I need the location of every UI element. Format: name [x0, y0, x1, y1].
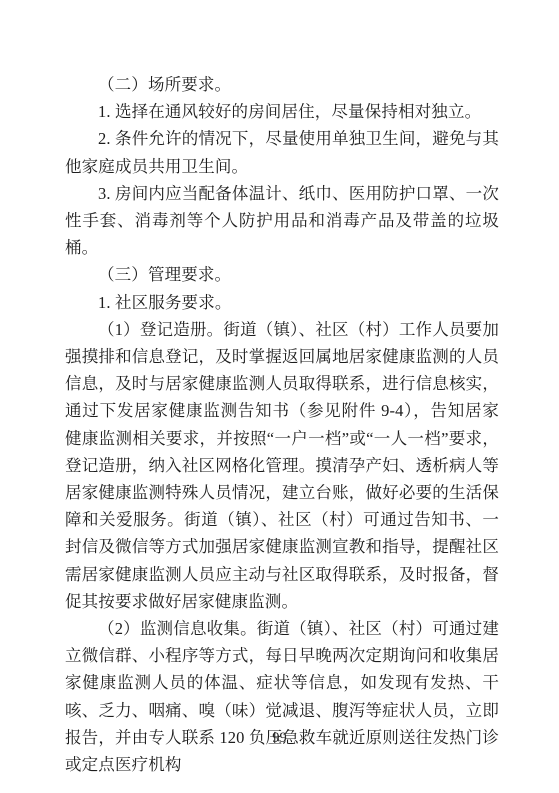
- document-page: { "document": { "paragraphs": [ "（二）场所要求…: [0, 0, 559, 793]
- heading-management-requirements: （三）管理要求。: [65, 261, 499, 288]
- item-separate-bathroom: 2. 条件允许的情况下，尽量使用单独卫生间，避免与其他家庭成员共用卫生间。: [65, 125, 499, 179]
- item-ventilated-room: 1. 选择在通风较好的房间居住，尽量保持相对独立。: [65, 98, 499, 125]
- item-protective-supplies: 3. 房间内应当配备体温计、纸巾、医用防护口罩、一次性手套、消毒剂等个人防护用品…: [65, 180, 499, 262]
- document-body: （二）场所要求。 1. 选择在通风较好的房间居住，尽量保持相对独立。 2. 条件…: [65, 71, 499, 778]
- heading-site-requirements: （二）场所要求。: [65, 71, 499, 98]
- item-monitoring-info-collection: （2）监测信息收集。街道（镇）、社区（村）可通过建立微信群、小程序等方式，每日早…: [65, 615, 499, 778]
- item-community-service-requirements: 1. 社区服务要求。: [65, 289, 499, 316]
- item-registration: （1）登记造册。街道（镇）、社区（村）工作人员要加强摸排和信息登记，及时掌握返回…: [65, 316, 499, 615]
- page-number: 99: [0, 727, 559, 749]
